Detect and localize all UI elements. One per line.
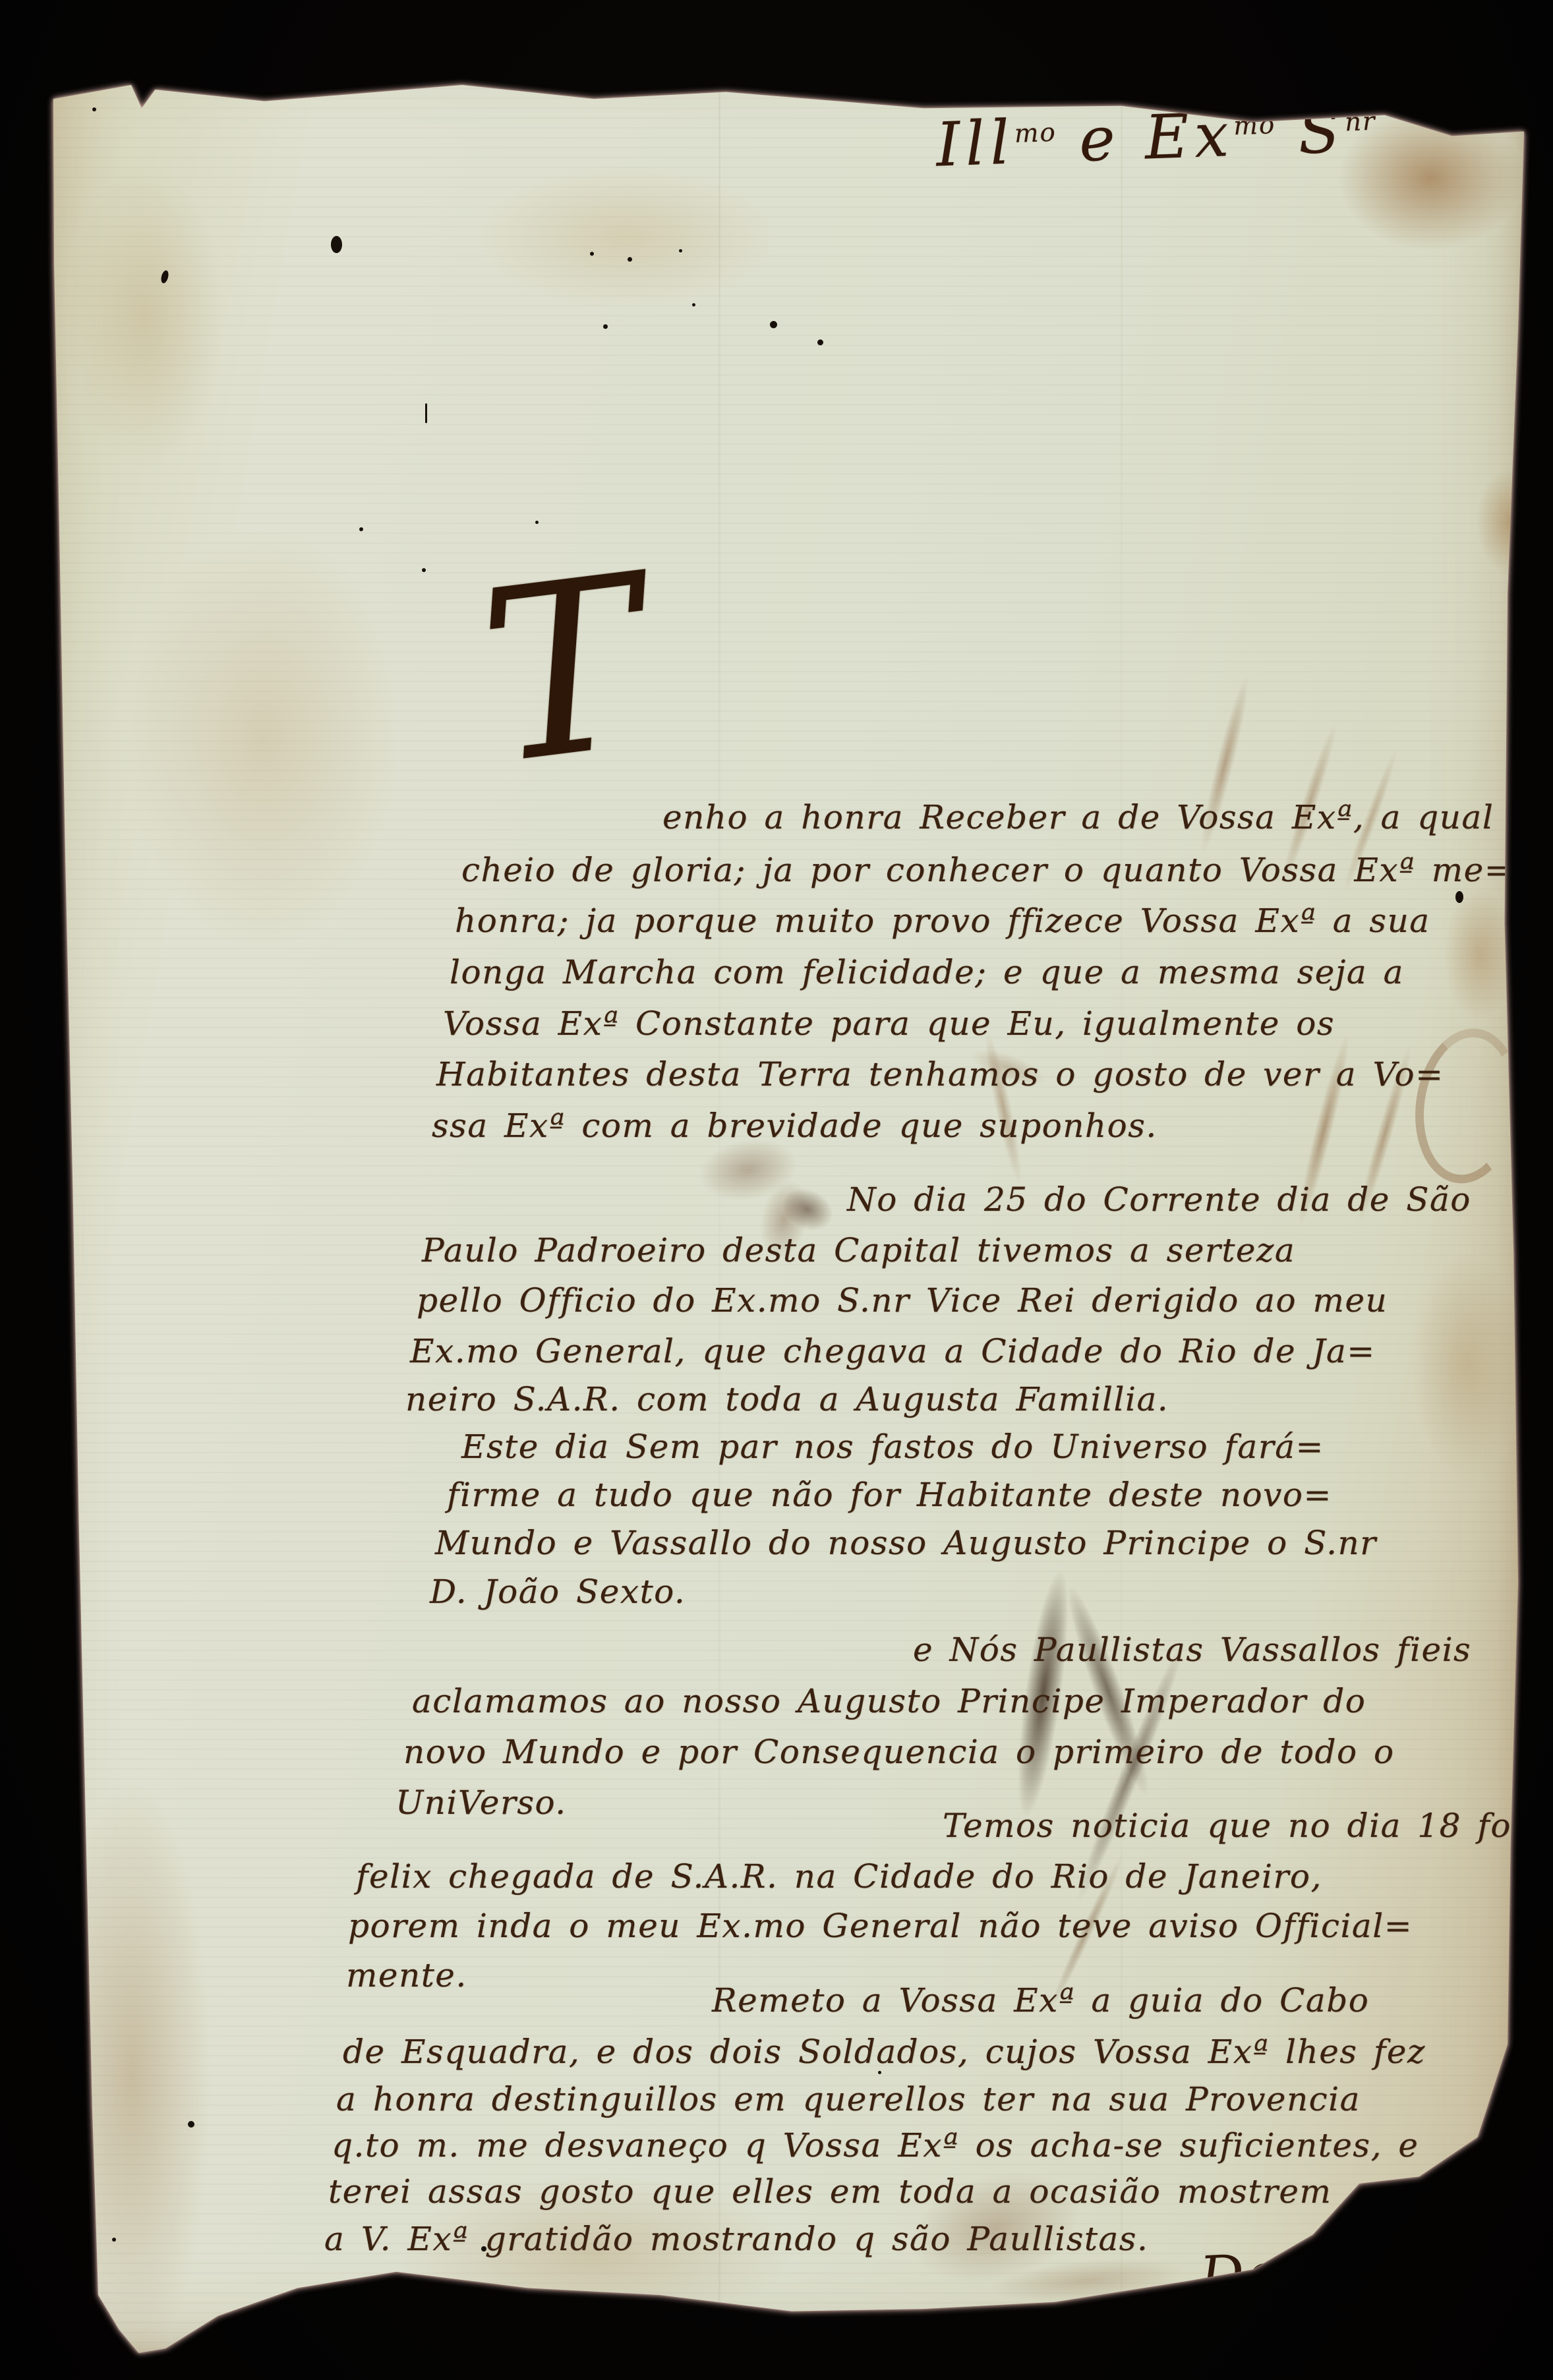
manuscript-line: de Esquadra, e dos dois Soldados, cujos …: [343, 2035, 1426, 2068]
drop-cap-initial: T: [471, 544, 657, 799]
manuscript-line: Habitantes desta Terra tenhamos o gosto …: [436, 1058, 1444, 1091]
paper-stain: [66, 165, 224, 468]
manuscript-line: novo Mundo e por Consequencia o primeiro…: [403, 1735, 1395, 1768]
wormhole: [817, 339, 823, 345]
manuscript-line: neiro S.A.R. com toda a Augusta Famillia…: [405, 1383, 1169, 1416]
manuscript-line: mente.: [346, 1959, 467, 1992]
ink-speck: [692, 303, 695, 306]
wormhole: [223, 81, 232, 90]
manuscript-line: longa Marcha com felicidade; e que a mes…: [450, 956, 1404, 989]
paper-stain: [125, 527, 402, 949]
manuscript-line: aclamamos ao nosso Augusto Principe Impe…: [412, 1685, 1366, 1718]
ink-speck: [679, 249, 682, 252]
manuscript-line: e Nós Paullistas Vassallos fieis: [913, 1633, 1471, 1666]
wormhole: [1455, 891, 1463, 903]
photograph-of-manuscript: { "colors": { "background": "#060504", "…: [0, 0, 1553, 2380]
ink-speck: [396, 2275, 401, 2281]
salutation-word: S: [1297, 96, 1347, 167]
manuscript-line: enho a honra Receber a de Vossa Exª, a q…: [662, 801, 1553, 834]
manuscript-line: Ex.mo General, que chegava a Cidade do R…: [410, 1335, 1376, 1368]
ink-speck: [112, 2238, 116, 2242]
manuscript-line: q.to m. me desvaneço q Vossa Exª os acha…: [332, 2129, 1419, 2162]
ink-speck: [92, 107, 96, 111]
manuscript-line: pello Officio do Ex.mo S.nr Vice Rei der…: [417, 1284, 1388, 1317]
superscript-abbrev: mo: [1014, 118, 1057, 149]
manuscript-page-wrapper: Illmoe ExmoSnr T enho a honra Receber a …: [0, 0, 1553, 2380]
ink-stain: [1444, 888, 1516, 1020]
ink-speck: [628, 257, 632, 262]
manuscript-page: Illmoe ExmoSnr T enho a honra Receber a …: [26, 32, 1524, 2353]
bleedthrough-mark: [1405, 1022, 1529, 1190]
wormhole: [188, 2121, 194, 2128]
paper-stain: [475, 165, 778, 310]
ink-stain: [1477, 469, 1542, 575]
ink-speck: [535, 521, 539, 524]
ink-speck: [422, 568, 426, 572]
salutation: Illmoe ExmoSnr: [935, 94, 1377, 180]
manuscript-line: D. João Sexto.: [430, 1575, 686, 1608]
pen-stroke-mark: [425, 403, 427, 423]
ink-speck: [603, 324, 608, 329]
manuscript-line: cheio de gloria; ja por conhecer o quant…: [461, 854, 1513, 886]
manuscript-line: terei assas gosto que elles em toda a oc…: [328, 2175, 1332, 2208]
manuscript-line: ssa Exª com a brevidade que suponhos.: [432, 1109, 1157, 1142]
superscript-abbrev: mo: [1233, 110, 1276, 141]
salutation-word: e Ex: [1078, 100, 1235, 175]
bleedthrough-smudge: [987, 2252, 1188, 2309]
paper-stain: [53, 1780, 211, 2373]
ink-speck: [590, 252, 594, 256]
catchword: Deos: [1198, 2237, 1349, 2309]
ink-smudge: [775, 1180, 840, 1238]
manuscript-line: honra; ja porque muito provo ffizece Vos…: [455, 904, 1430, 937]
ink-blot: [160, 270, 170, 284]
superscript-abbrev: nr: [1344, 107, 1376, 138]
manuscript-line: a V. Exª gratidão mostrando q são Paulli…: [324, 2222, 1148, 2255]
wormhole: [770, 321, 777, 328]
manuscript-line: firme a tudo que não for Habitante deste…: [447, 1478, 1332, 1511]
manuscript-line: Vossa Exª Constante para que Eu, igualme…: [443, 1007, 1335, 1040]
manuscript-line: No dia 25 do Corrente dia de São: [847, 1183, 1471, 1216]
manuscript-line: a honra destinguillos em querellos ter n…: [336, 2083, 1361, 2116]
salutation-word: Ill: [935, 107, 1016, 181]
ink-speck: [359, 527, 363, 531]
manuscript-line: Mundo e Vassallo do nosso Augusto Princi…: [435, 1526, 1377, 1559]
manuscript-line: Temos noticia que no dia 18 foi a: [943, 1809, 1553, 1842]
paper-stain: [1411, 1252, 1523, 1476]
manuscript-line: Remeto a Vossa Exª a guia do Cabo: [712, 1984, 1369, 2017]
manuscript-line: UniVerso.: [396, 1786, 567, 1819]
manuscript-line: felix chegada de S.A.R. na Cidade do Rio…: [356, 1860, 1322, 1893]
wormhole: [331, 236, 342, 253]
manuscript-line: Paulo Padroeiro desta Capital tivemos a …: [422, 1234, 1295, 1267]
manuscript-line: porem inda o meu Ex.mo General não teve …: [348, 1909, 1413, 1942]
manuscript-line: Este dia Sem par nos fastos do Universo …: [461, 1430, 1324, 1463]
ink-speck: [878, 2071, 881, 2074]
